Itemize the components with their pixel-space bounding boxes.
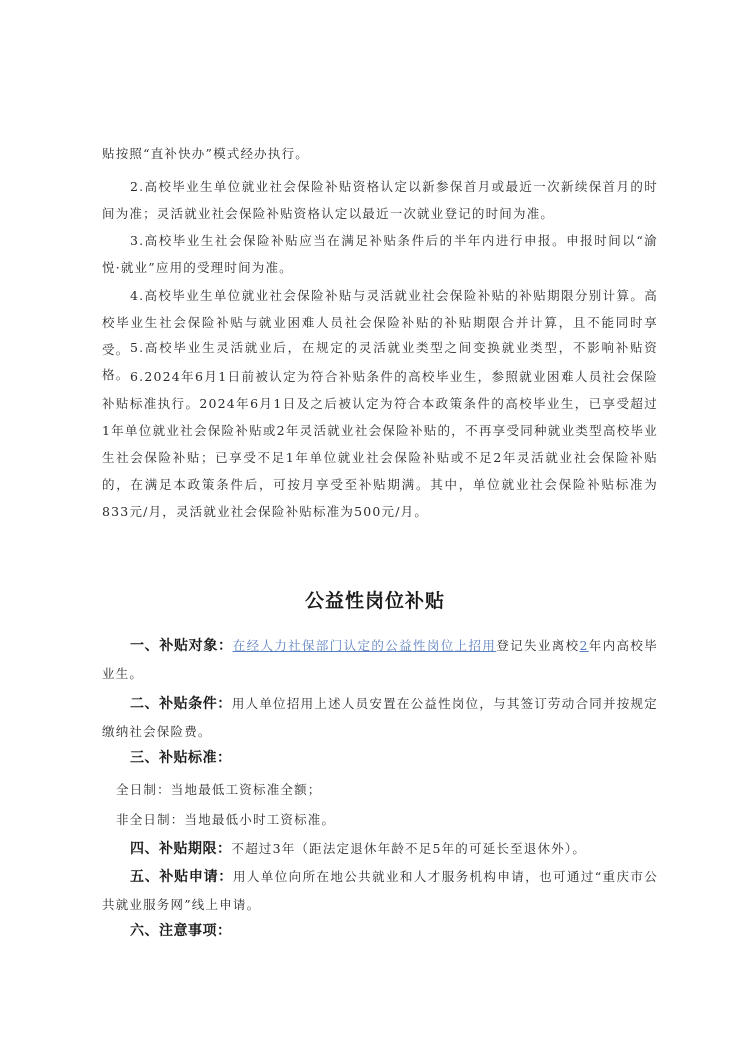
subsidy-target-mid: 登记失业离校 (496, 638, 579, 653)
subsidy-target-heading: 一、补贴对象： (130, 638, 233, 654)
paragraph-item-2: 2.高校毕业生单位就业社会保险补贴资格认定以新参保首月或最近一次新续保首月的时间… (102, 173, 658, 227)
notes-heading-text: 六、注意事项： (130, 923, 232, 939)
subsidy-standard-fulltime: 全日制：当地最低工资标准全额； (102, 776, 658, 803)
subsidy-target: 一、补贴对象：在经人力社保部门认定的公益性岗位上招用登记失业离校2年内高校毕业生… (102, 632, 658, 687)
notes-heading: 六、注意事项： (102, 917, 658, 945)
subsidy-target-link[interactable]: 在经人力社保部门认定的公益性岗位上招用 (233, 638, 497, 653)
subsidy-standard-heading-text: 三、补贴标准： (130, 750, 232, 766)
subsidy-application: 五、补贴申请：用人单位向所在地公共就业和人才服务机构申请，也可通过“重庆市公共就… (102, 863, 658, 918)
subsidy-conditions-heading: 二、补贴条件： (130, 696, 232, 712)
paragraph-item-3: 3.高校毕业生社会保险补贴应当在满足补贴条件后的半年内进行申报。申报时间以“渝悦… (102, 227, 658, 281)
subsidy-application-heading: 五、补贴申请： (130, 869, 233, 885)
subsidy-standard-parttime: 非全日制：当地最低小时工资标准。 (102, 806, 658, 833)
subsidy-period-heading: 四、补贴期限： (130, 841, 232, 857)
subsidy-conditions: 二、补贴条件：用人单位招用上述人员安置在公益性岗位，与其签订劳动合同并按规定缴纳… (102, 690, 658, 745)
subsidy-target-years[interactable]: 2 (579, 638, 588, 653)
subsidy-standard-heading: 三、补贴标准： (102, 744, 658, 772)
subsidy-period-text: 不超过3年（距法定退休年龄不足5年的可延长至退休外）。 (232, 841, 587, 856)
paragraph-continuation: 贴按照“直补快办”模式经办执行。 (102, 140, 658, 167)
subsidy-period: 四、补贴期限：不超过3年（距法定退休年龄不足5年的可延长至退休外）。 (102, 835, 658, 863)
document-page: 贴按照“直补快办”模式经办执行。 2.高校毕业生单位就业社会保险补贴资格认定以新… (0, 0, 750, 1061)
section-title: 公益性岗位补贴 (0, 586, 750, 613)
paragraph-item-6: 6.2024年6月1日前被认定为符合补贴条件的高校毕业生，参照就业困难人员社会保… (102, 363, 658, 525)
